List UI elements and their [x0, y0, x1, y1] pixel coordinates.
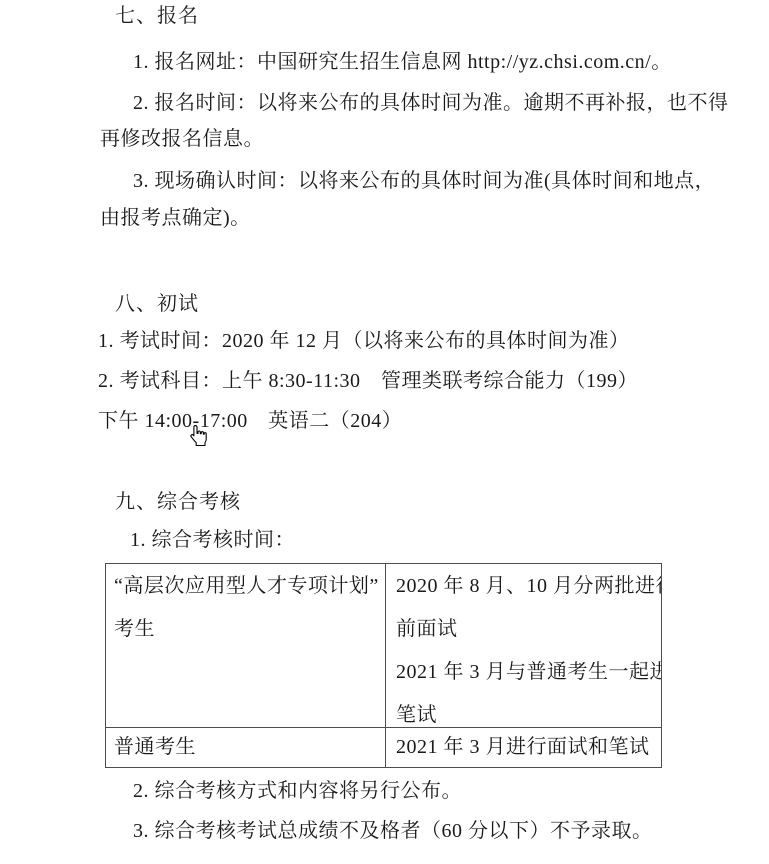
item-exam-subjects-morning: 2. 考试科目：上午 8:30-11:30 管理类联考综合能力（199）	[98, 369, 638, 393]
section-7-heading: 七、报名	[115, 4, 199, 28]
item-assessment-method: 2. 综合考核方式和内容将另行公布。	[133, 779, 462, 803]
table-cell-line: 前面试	[396, 608, 655, 651]
schedule-cell-ordinary: 2021 年 3 月进行面试和笔试	[386, 728, 661, 767]
table-cell-line: 2021 年 3 月与普通考生一起进行	[396, 651, 655, 694]
item-exam-subjects-afternoon: 下午 14:00-17:00 英语二（204）	[98, 409, 402, 433]
item-exam-time: 1. 考试时间：2020 年 12 月（以将来公布的具体时间为准）	[98, 329, 630, 353]
applicant-cell-special: “高层次应用型人才专项计划” 考生	[106, 564, 386, 728]
item-onsite-confirmation-line-2: 由报考点确定)。	[100, 206, 251, 230]
item-onsite-confirmation-line-1: 3. 现场确认时间：以将来公布的具体时间为准(具体时间和地点，	[133, 169, 715, 193]
document-page: 七、报名 1. 报名网址：中国研究生招生信息网 http://yz.chsi.c…	[0, 0, 769, 864]
schedule-cell-special: 2020 年 8 月、10 月分两批进行提 前面试 2021 年 3 月与普通考…	[386, 564, 661, 728]
table-cell-line: 普通考生	[114, 732, 379, 762]
table-cell-line: 2020 年 8 月、10 月分两批进行提	[396, 565, 655, 608]
applicant-cell-ordinary: 普通考生	[106, 728, 386, 767]
item-assessment-score-rule: 3. 综合考核考试总成绩不及格者（60 分以下）不予录取。	[133, 819, 653, 843]
item-assessment-time: 1. 综合考核时间：	[130, 528, 295, 552]
table-cell-line: 笔试	[396, 694, 655, 728]
section-9-heading: 九、综合考核	[115, 490, 241, 514]
section-8-heading: 八、初试	[115, 292, 199, 316]
table-cell-line: 2021 年 3 月进行面试和笔试	[396, 732, 655, 762]
table-cell-line: “高层次应用型人才专项计划”	[114, 565, 379, 608]
item-registration-time-line-1: 2. 报名时间：以将来公布的具体时间为准。逾期不再补报，也不得	[133, 91, 729, 115]
assessment-schedule-table: “高层次应用型人才专项计划” 考生 2020 年 8 月、10 月分两批进行提 …	[105, 563, 662, 768]
item-registration-url: 1. 报名网址：中国研究生招生信息网 http://yz.chsi.com.cn…	[133, 50, 672, 74]
table-cell-line: 考生	[114, 608, 379, 651]
item-registration-time-line-2: 再修改报名信息。	[100, 127, 264, 151]
